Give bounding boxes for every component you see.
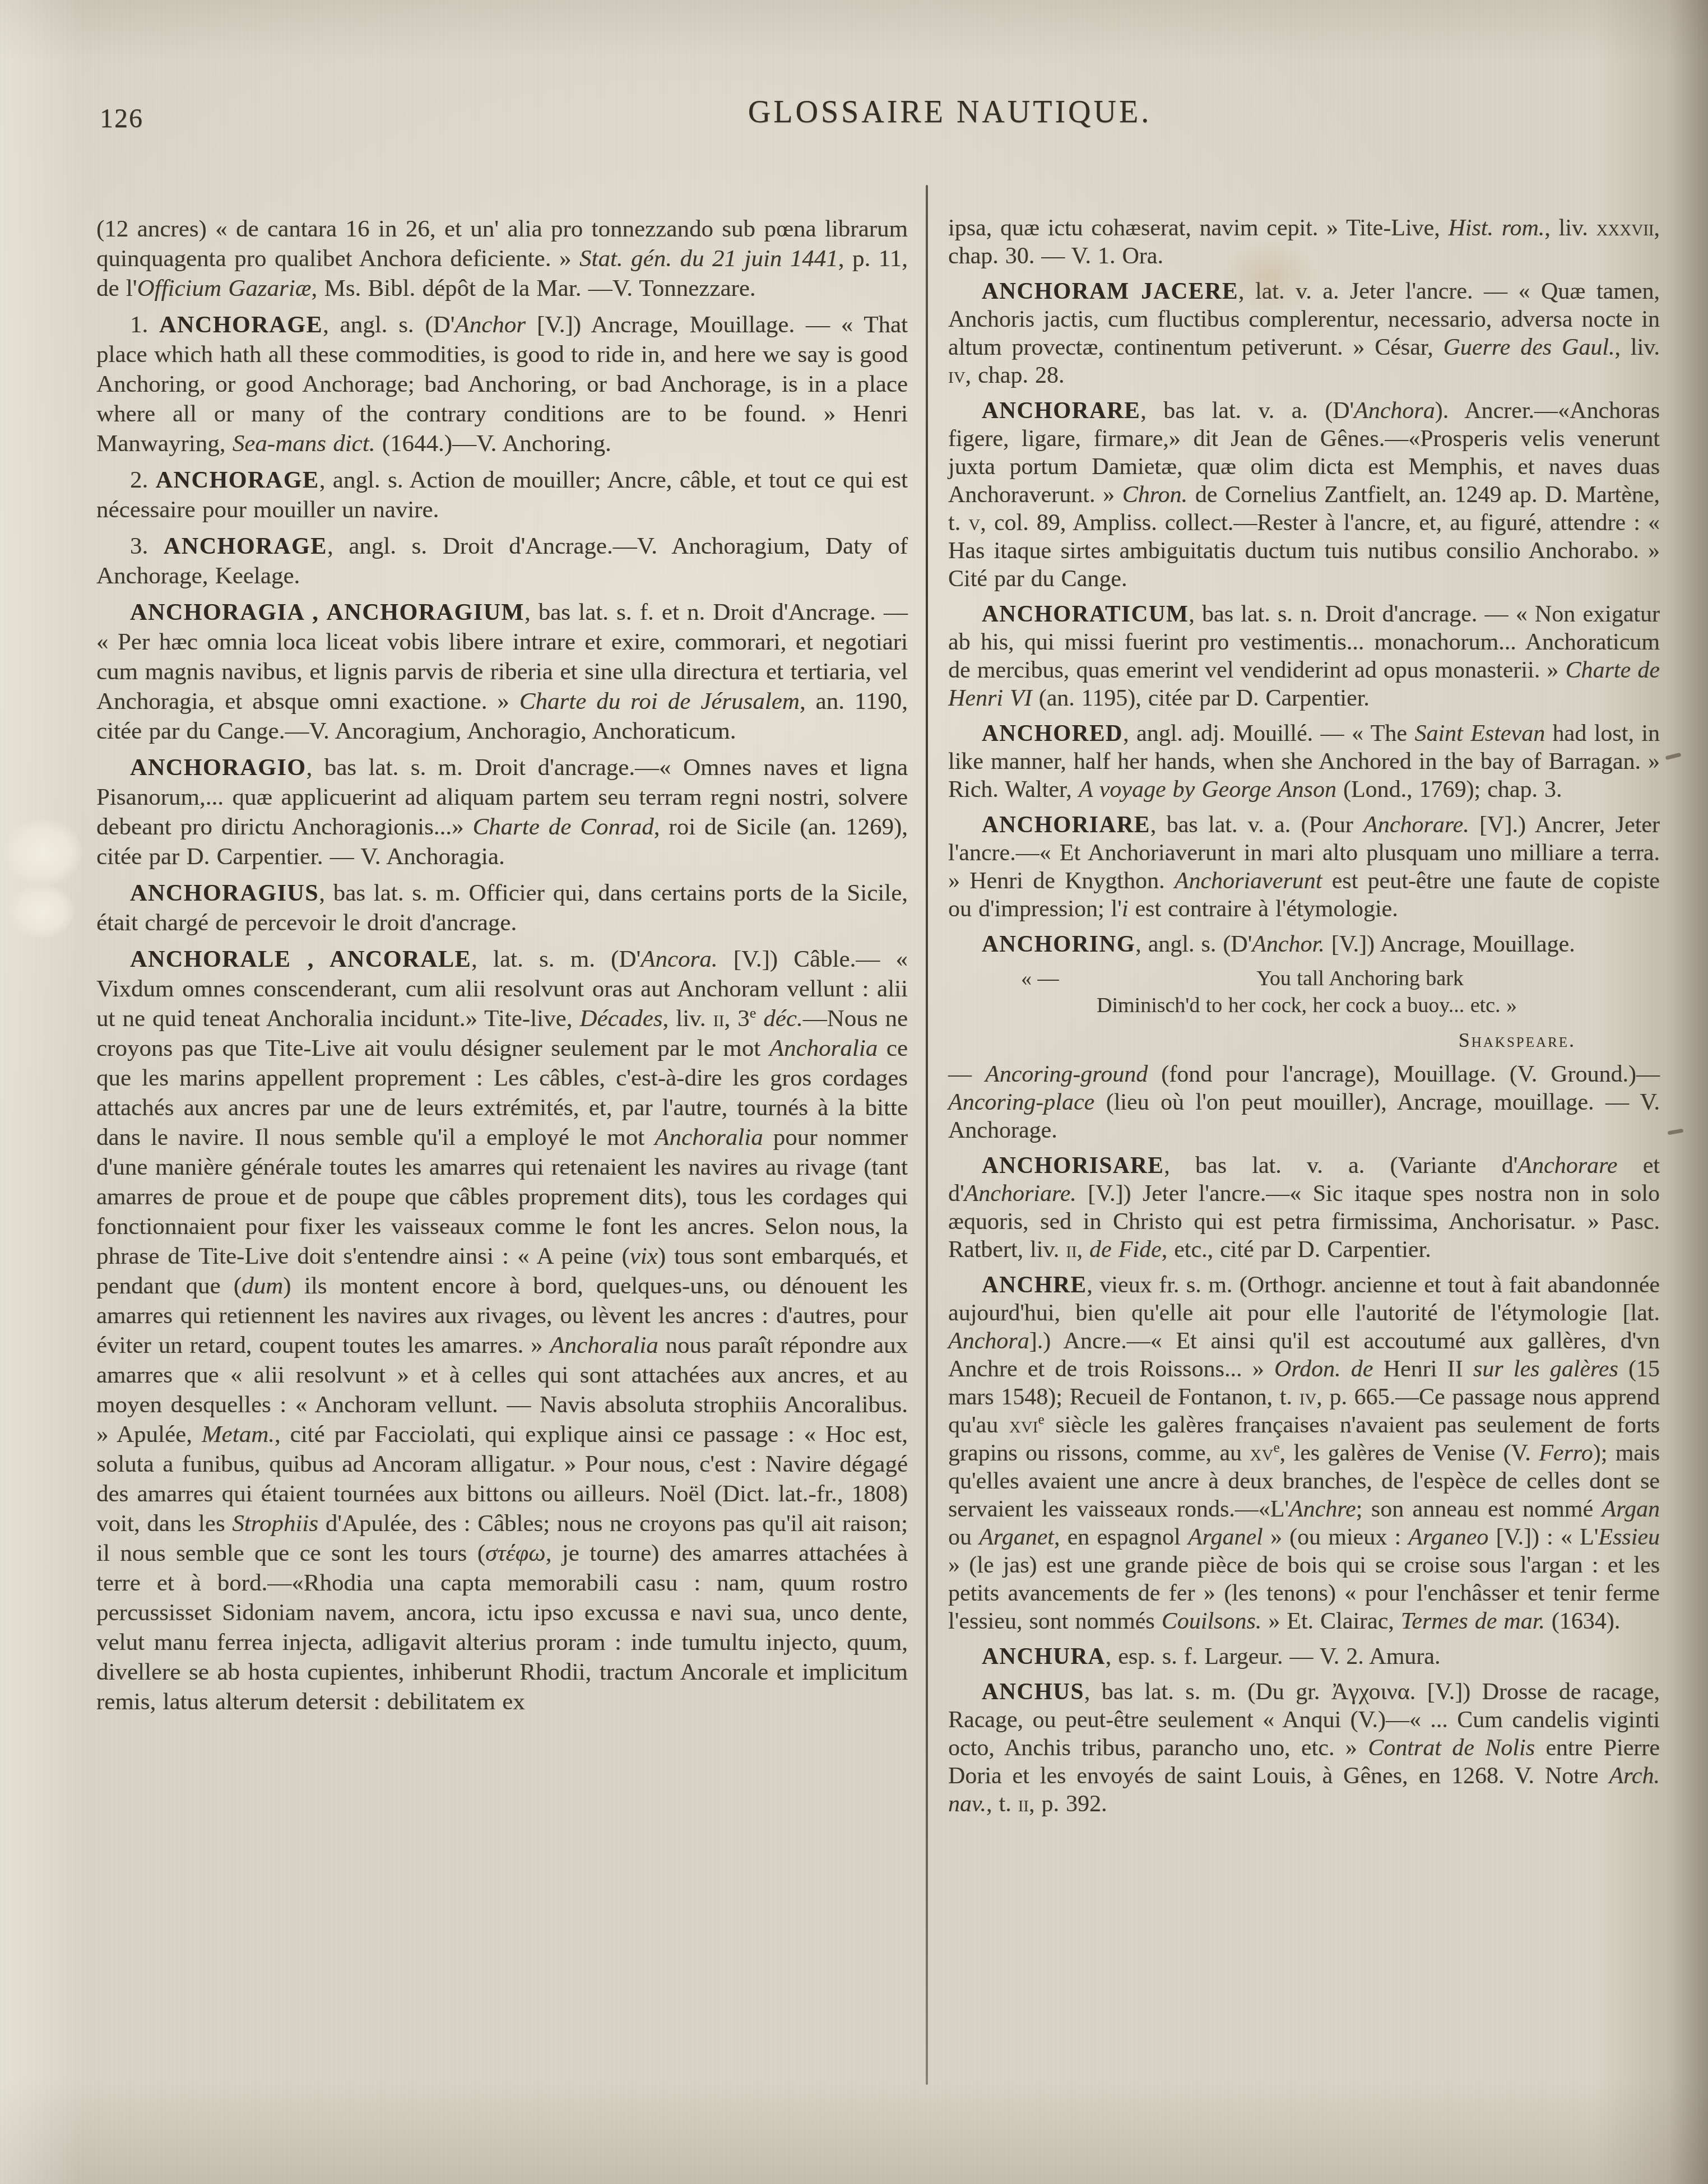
- running-title: GLOSSAIRE NAUTIQUE.: [748, 94, 1152, 130]
- entry-anchura: ANCHURA, esp. s. f. Largeur. — V. 2. Amu…: [948, 1642, 1660, 1671]
- text-block: (12 ancres) « de cantara 16 in 26, et un…: [96, 214, 1661, 1818]
- entry-anchus: ANCHUS, bas lat. s. m. (Du gr. Ἀγχοινα. …: [948, 1677, 1660, 1818]
- headword: ANCHUS: [982, 1678, 1084, 1704]
- headword: ANCHORAGIUS: [130, 880, 319, 906]
- verse-attribution: Shakspeare.: [1021, 1027, 1593, 1054]
- entry-anchoriare: ANCHORIARE, bas lat. v. a. (Pour Anchora…: [948, 810, 1660, 923]
- headword: ANCHRE: [982, 1272, 1087, 1297]
- entry-anchorage-2: 2. ANCHORAGE, angl. s. Action de mouille…: [96, 465, 908, 525]
- verse-line: You tall Anchoring bark: [1127, 965, 1593, 992]
- entry-anchoring: ANCHORING, angl. s. (D'Anchor. [V.]) Anc…: [948, 930, 1660, 958]
- headword: ANCHORING: [982, 931, 1135, 957]
- left-column: (12 ancres) « de cantara 16 in 26, et un…: [96, 214, 908, 1717]
- headword: ANCHORAGE: [159, 312, 323, 338]
- page-header: 126 GLOSSAIRE NAUTIQUE.: [0, 94, 1708, 145]
- headword: ANCHORAM JACERE: [982, 278, 1238, 304]
- verse-line: Diminisch'd to her cock, her cock a buoy…: [1021, 992, 1593, 1019]
- entry-anchorare: ANCHORARE, bas lat. v. a. (D'Anchora). A…: [948, 396, 1660, 593]
- entry-anchorale-ancorale: ANCHORALE , ANCORALE, lat. s. m. (D'Anco…: [96, 944, 908, 1717]
- paper-defect-spot: [3, 819, 82, 885]
- entry-anchored: ANCHORED, angl. adj. Mouillé. — « The Sa…: [948, 719, 1660, 804]
- entry-anchoring-compounds: — Ancoring-ground (fond pour l'ancrage),…: [948, 1060, 1660, 1144]
- headword: ANCHORAGE: [156, 467, 319, 493]
- headword: ANCHORIARE: [982, 812, 1150, 837]
- ink-speck: [1665, 753, 1682, 761]
- entry-anchoragio: ANCHORAGIO, bas lat. s. m. Droit d'ancra…: [96, 753, 908, 871]
- headword: ANCHORALE , ANCORALE: [130, 946, 471, 972]
- headword: ANCHORATICUM: [982, 601, 1189, 627]
- entry-continued-from-previous-page: (12 ancres) « de cantara 16 in 26, et un…: [96, 214, 908, 303]
- entry-anchre: ANCHRE, vieux fr. s. m. (Orthogr. ancien…: [948, 1270, 1660, 1635]
- entry-anchoragius: ANCHORAGIUS, bas lat. s. m. Officier qui…: [96, 878, 908, 938]
- ink-speck: [1668, 1129, 1684, 1135]
- headword: ANCHORAGIA , ANCHORAGIUM: [130, 599, 525, 625]
- right-column: ipsa, quæ ictu cohæserat, navim cepit. »…: [948, 214, 1660, 1818]
- headword: ANCHORED: [982, 720, 1123, 746]
- page-number: 126: [100, 103, 143, 134]
- headword: ANCHORAGIO: [130, 754, 307, 781]
- headword: ANCHORARE: [982, 397, 1140, 423]
- entry-anchoraticum: ANCHORATICUM, bas lat. s. n. Droit d'anc…: [948, 600, 1660, 712]
- headword: ANCHORISARE: [982, 1152, 1164, 1178]
- entry-anchoragia-anchoragium: ANCHORAGIA , ANCHORAGIUM, bas lat. s. f.…: [96, 597, 908, 746]
- headword: ANCHORAGE: [164, 533, 327, 559]
- paper-defect-spot: [9, 884, 74, 938]
- paper-stain: [1222, 241, 1317, 314]
- shakespeare-quote: « —You tall Anchoring barkDiminisch'd to…: [1021, 965, 1593, 1054]
- entry-anchorage-3: 3. ANCHORAGE, angl. s. Droit d'Ancrage.—…: [96, 531, 908, 591]
- entry-anchorisare: ANCHORISARE, bas lat. v. a. (Variante d'…: [948, 1151, 1660, 1264]
- verse-open-quote: « —: [1021, 965, 1127, 992]
- scanned-book-page: 126 GLOSSAIRE NAUTIQUE. (12 ancres) « de…: [0, 0, 1708, 2184]
- headword: ANCHURA: [982, 1643, 1106, 1669]
- entry-anchorage-1: 1. ANCHORAGE, angl. s. (D'Anchor [V.]) A…: [96, 310, 908, 458]
